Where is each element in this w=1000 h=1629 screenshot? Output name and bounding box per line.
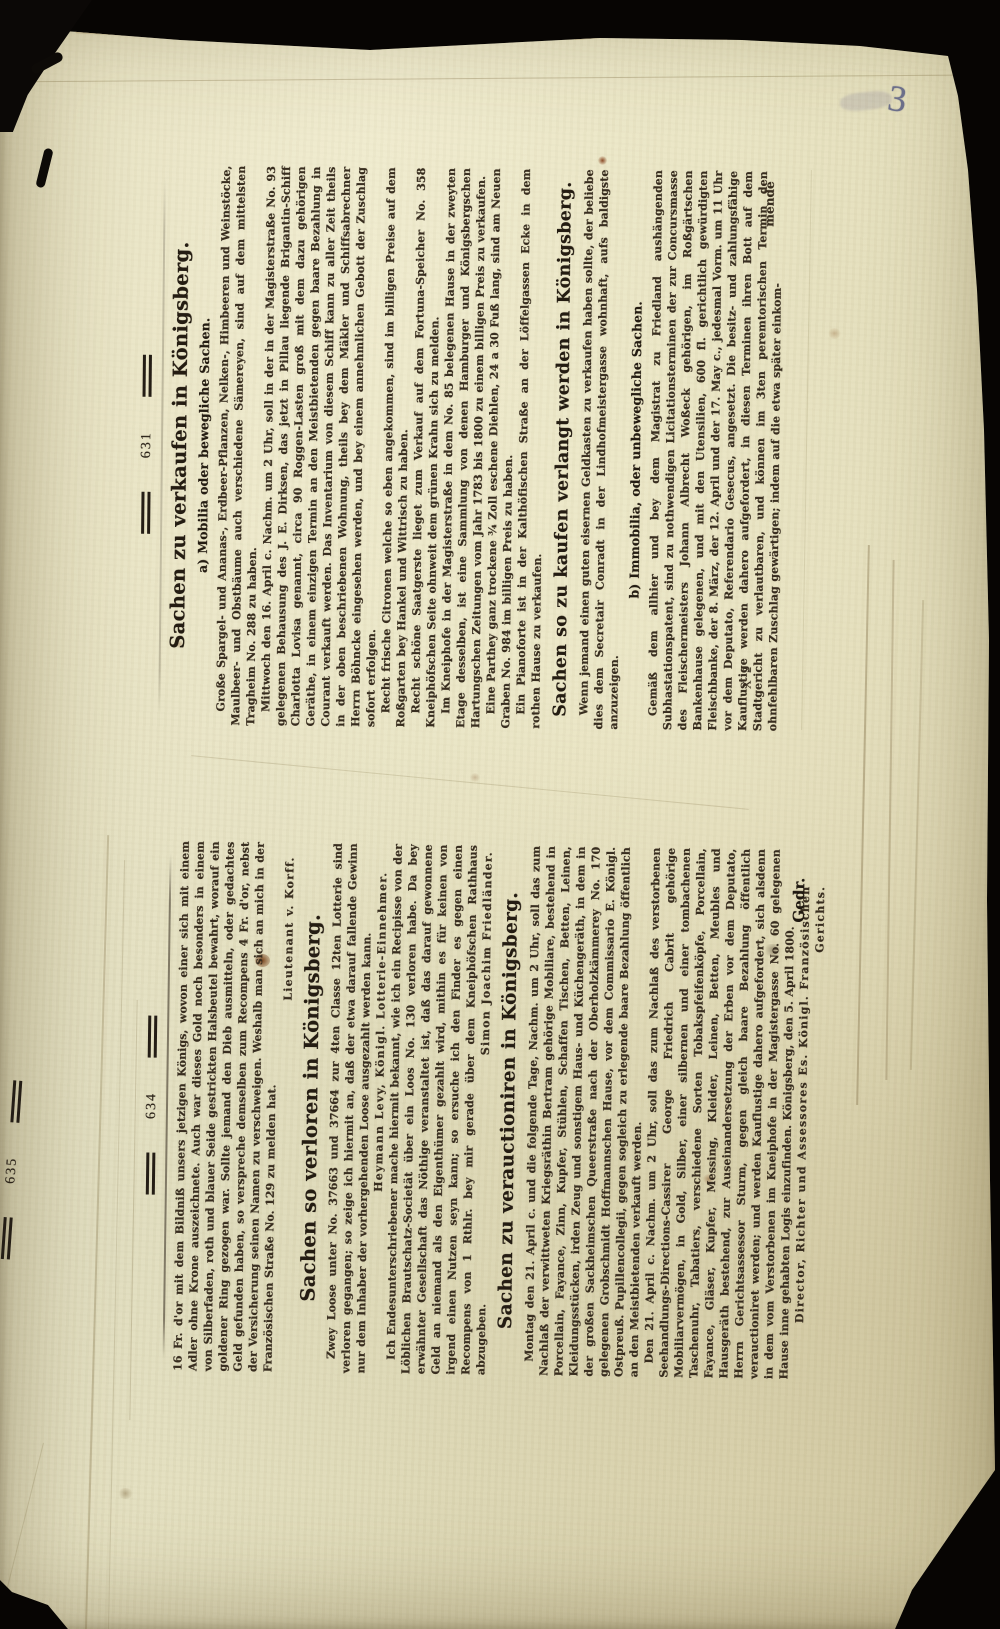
crease-top-horizontal [5,75,955,83]
catchword-634: Gedr. [792,878,808,923]
heading-sachen-zu-kaufen: Sachen so zu kaufen verlangt werden in K… [549,169,577,729]
page-635-header: 635 [0,1055,32,1286]
heading-verauctioniren: Sachen zu verauctioniren in Königsberg. [494,845,523,1375]
page-stack-edge-3 [910,600,924,1070]
notice-zeitungen: Im Kneiphofe in der Magisterstraße in de… [438,168,489,728]
crease-diagonal-mid [191,755,749,810]
stain-small-6 [118,1488,133,1499]
scanned-newspaper-photo: 631 Sachen zu verkaufen in Königsberg. a… [0,0,1000,1629]
torn-page-edge-right [556,12,746,40]
signature-mark: X 2 [739,665,754,689]
heading-sachen-verloren: Sachen so verloren in Königsberg. [296,843,325,1373]
double-rule-ornament [145,1153,155,1195]
notice-brigantine-schiff: Mittwoch den 16. April c. Nachm. um 2 Uh… [258,166,384,727]
heading-sachen-zu-verkaufen: Sachen zu verkaufen in Königsberg. [166,165,194,725]
double-rule-ornament [147,1016,157,1058]
notice-bertram-auktion: Montag den 21. April c. und die folgende… [521,846,648,1378]
double-rule-ornament [10,1081,22,1124]
page-number-631: 631 [138,431,153,458]
catchword-631: mende [762,181,777,227]
notice-geldkasten: Wenn jemand einen guten eisernen Geldkas… [576,169,627,729]
double-rule-ornament [0,1217,12,1260]
notice-gold-verloren: 16 Fr. d'or mit dem Bildniß unsers jetzi… [170,841,282,1372]
stain-small-5 [470,773,480,782]
crease-bottom-left [0,1443,44,1628]
page-631-header: 631 [130,165,162,725]
stain-top-center [355,2,389,26]
crease-right-fold [801,170,812,730]
folio-number-handwritten: 3 [885,77,910,122]
stain-small-4 [828,328,841,339]
page-631: 631 Sachen zu verkaufen in Königsberg. a… [130,165,776,732]
crease-fold-left-2 [108,860,125,1629]
page-number-635: 635 [3,1156,20,1184]
signature-gericht: Director, Richter und Assessores Es. Kön… [791,850,828,1380]
page-stack-edge-1 [856,545,870,1105]
stain-small-1 [598,156,607,165]
notice-pianoforte: Ein Pianoforte ist in der Kalthöfischen … [513,169,549,729]
notice-spargel: Große Spargel- und Ananas-, Erdbeer-Pfla… [213,166,264,726]
torn-page-edge-left [58,6,430,38]
double-rule-ornament [142,355,151,397]
crease-fold-left-1 [85,835,109,1629]
page-634: 634 16 Fr. d'or mit dem Bildniß unsers j… [134,840,801,1379]
page-stack-edge-2 [885,560,894,1080]
notice-cabrit-auktion: Den 21. April c. Nachm. um 2 Uhr, soll d… [641,847,798,1379]
notice-lotterie-loose: Zwey Loose unter No. 37663 und 37664 zur… [323,843,375,1374]
paper-sheet: 631 Sachen zu verkaufen in Königsberg. a… [0,0,1000,1629]
notice-subhastation: Gemäß dem allhier und bey dem Magistrat … [645,170,786,731]
subheading-mobilia: a) Mobilia oder bewegliche Sachen. [193,165,214,725]
page-number-634: 634 [143,1092,158,1119]
subheading-immobilia: b) Immobilia, oder unbewegliche Sachen. [625,170,646,730]
faded-ink-scribble [839,89,893,112]
double-rule-ornament [141,492,150,534]
page-635-edge: 635 [0,1055,50,1288]
